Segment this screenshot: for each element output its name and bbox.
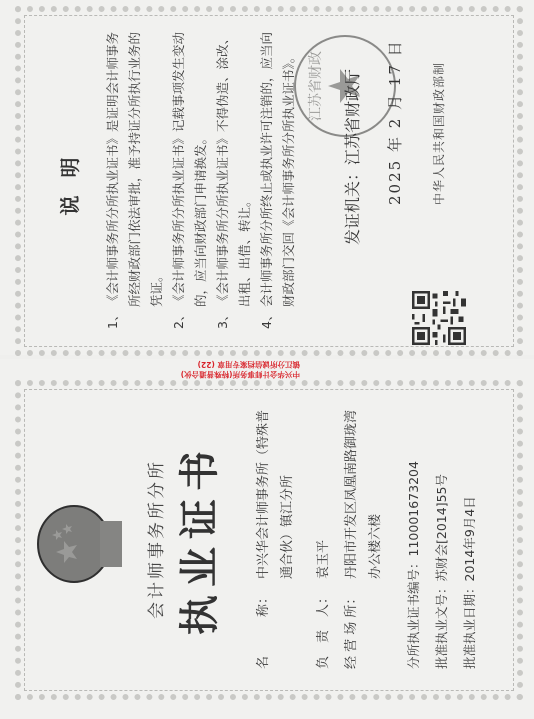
field-label: 经 营 场 所：: [340, 579, 388, 669]
notes-item: 3、《会计师事务所分所执业证书》不得伪造、涂改、出租、出借、转让。: [212, 29, 256, 329]
notes-item: 1、《会计师事务所分所执业证书》是证明会计师事务所经财政部门依法审批，准予持证分…: [102, 29, 168, 329]
qr-code-icon[interactable]: [412, 291, 466, 345]
notes-item: 2、《会计师事务所分所执业证书》记载事项发生变动的，应当向财政部门申请换发。: [168, 29, 212, 329]
issue-date: 2025 年 2 月 17 日: [384, 39, 405, 205]
meta-value: 2014年9月4日: [462, 496, 477, 581]
meta-label: 分所执业证书编号：: [406, 556, 421, 669]
meta-value: 苏财会[2014]55号: [434, 474, 449, 581]
national-emblem-icon: [34, 501, 126, 587]
notes-text: 《会计师事务所分所执业证书》记载事项发生变动的，应当向财政部门申请换发。: [168, 29, 212, 307]
meta-label: 批准执业文号：: [434, 581, 449, 669]
certificate-notes-page: 说明 1、《会计师事务所分所执业证书》是证明会计师事务所经财政部门依法审批，准予…: [0, 0, 534, 355]
meta-approval-date: 批准执业日期：2014年9月4日: [456, 461, 484, 669]
svg-text:江苏省财政: 江苏省财政: [307, 51, 324, 121]
field-name: 名 称： 中兴华会计师事务所（特殊普通合伙）镇江分所: [252, 399, 300, 669]
notes-number: 1、: [102, 307, 168, 329]
issuing-authority: 发证机关：江苏省财政厅: [340, 69, 363, 245]
notes-number: 4、: [256, 307, 300, 329]
notes-number: 3、: [212, 307, 256, 329]
stamp-line-1: 中兴华会计师事务所(特殊普通合伙): [210, 369, 300, 379]
notes-list: 1、《会计师事务所分所执业证书》是证明会计师事务所经财政部门依法审批，准予持证分…: [102, 29, 300, 329]
certificate-fields: 名 称： 中兴华会计师事务所（特殊普通合伙）镇江分所 负 责 人： 袁玉平 经 …: [252, 399, 388, 669]
notes-title: 说明: [54, 0, 83, 355]
certificate-front-page: 会计师事务所分所 执业证书 名 称： 中兴华会计师事务所（特殊普通合伙）镇江分所…: [0, 359, 534, 719]
meta-license-number: 分所执业证书编号：110001673204: [400, 461, 428, 669]
certificate-scan: 会计师事务所分所 执业证书 名 称： 中兴华会计师事务所（特殊普通合伙）镇江分所…: [0, 0, 534, 719]
certificate-meta: 分所执业证书编号：110001673204 批准执业文号：苏财会[2014]55…: [400, 461, 484, 669]
field-value: 中兴华会计师事务所（特殊普通合伙）镇江分所: [252, 399, 300, 579]
field-label: 负 责 人：: [312, 579, 336, 669]
field-value: 丹阳市开发区凤凰南路御珑湾办公楼六楼: [340, 399, 388, 579]
certificate-subtitle: 会计师事务所分所: [142, 359, 167, 719]
field-value: 袁玉平: [312, 399, 336, 579]
meta-value: 110001673204: [406, 461, 421, 556]
manufacturer-note: 中华人民共和国财政部制: [430, 62, 447, 205]
notes-text: 《会计师事务所分所执业证书》不得伪造、涂改、出租、出借、转让。: [212, 29, 256, 307]
notes-text: 《会计师事务所分所执业证书》是证明会计师事务所经财政部门依法审批，准予持证分所执…: [102, 29, 168, 307]
field-responsible-person: 负 责 人： 袁玉平: [312, 399, 336, 669]
certificate-title: 执业证书: [168, 359, 225, 719]
meta-label: 批准执业日期：: [462, 581, 477, 669]
notes-number: 2、: [168, 307, 212, 329]
meta-approval-doc: 批准执业文号：苏财会[2014]55号: [428, 461, 456, 669]
stamp-line-2: 镇江分所诚信档案专用章 (22): [210, 359, 300, 369]
red-integrity-stamp: 中兴华会计师事务所(特殊普通合伙) 镇江分所诚信档案专用章 (22): [210, 359, 300, 379]
field-label: 名 称：: [252, 579, 300, 669]
field-business-address: 经 营 场 所： 丹阳市开发区凤凰南路御珑湾办公楼六楼: [340, 399, 388, 669]
